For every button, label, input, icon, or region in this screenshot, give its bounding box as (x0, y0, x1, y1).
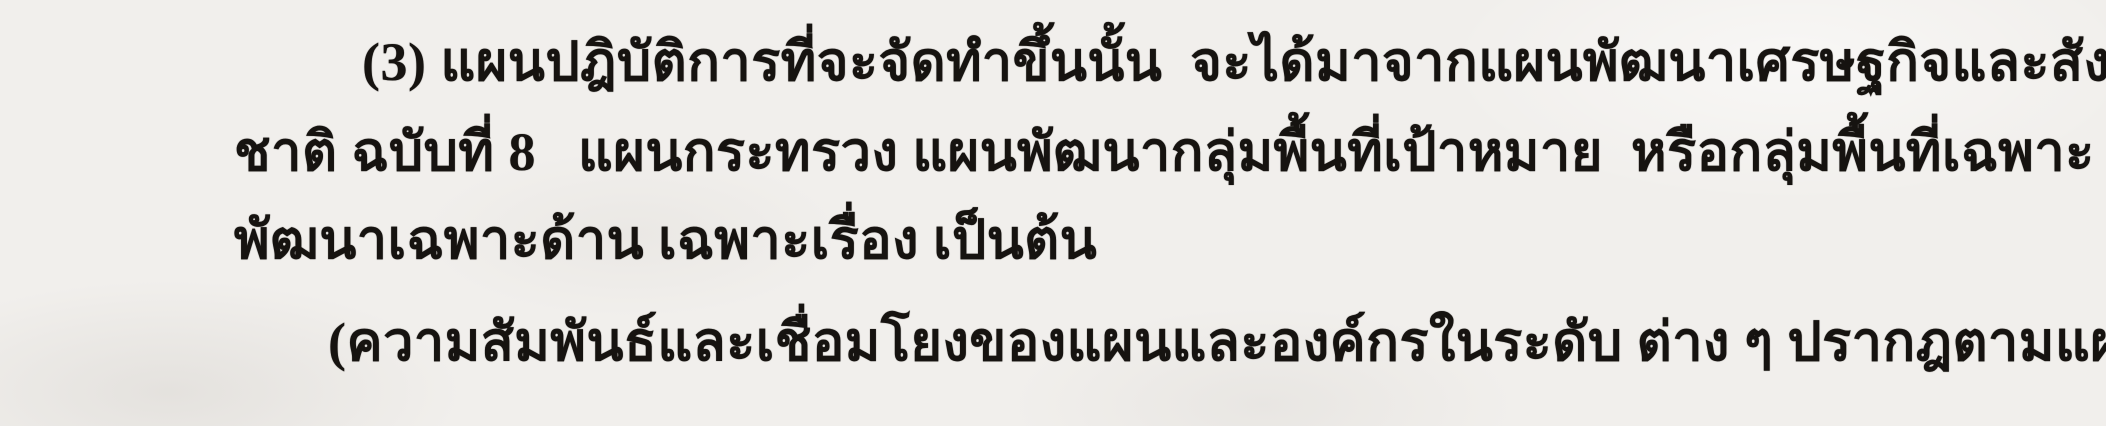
paragraph-item3-line-3: พัฒนาเฉพาะด้าน เฉพาะเรื่อง เป็นต้น (234, 200, 1097, 280)
diagram-reference-note-line: (ความสัมพันธ์และเชื่อมโยงของแผนและองค์กร… (328, 302, 2106, 382)
paragraph-item3-line-2: ชาติ ฉบับที่ 8 แผนกระทรวง แผนพัฒนากลุ่มพ… (234, 112, 2106, 192)
scanned-document-page: (3) แผนปฎิบัติการที่จะจัดทำขึ้นนั้น จะได… (0, 0, 2106, 426)
paragraph-item3-line-1: (3) แผนปฎิบัติการที่จะจัดทำขึ้นนั้น จะได… (362, 22, 2106, 102)
